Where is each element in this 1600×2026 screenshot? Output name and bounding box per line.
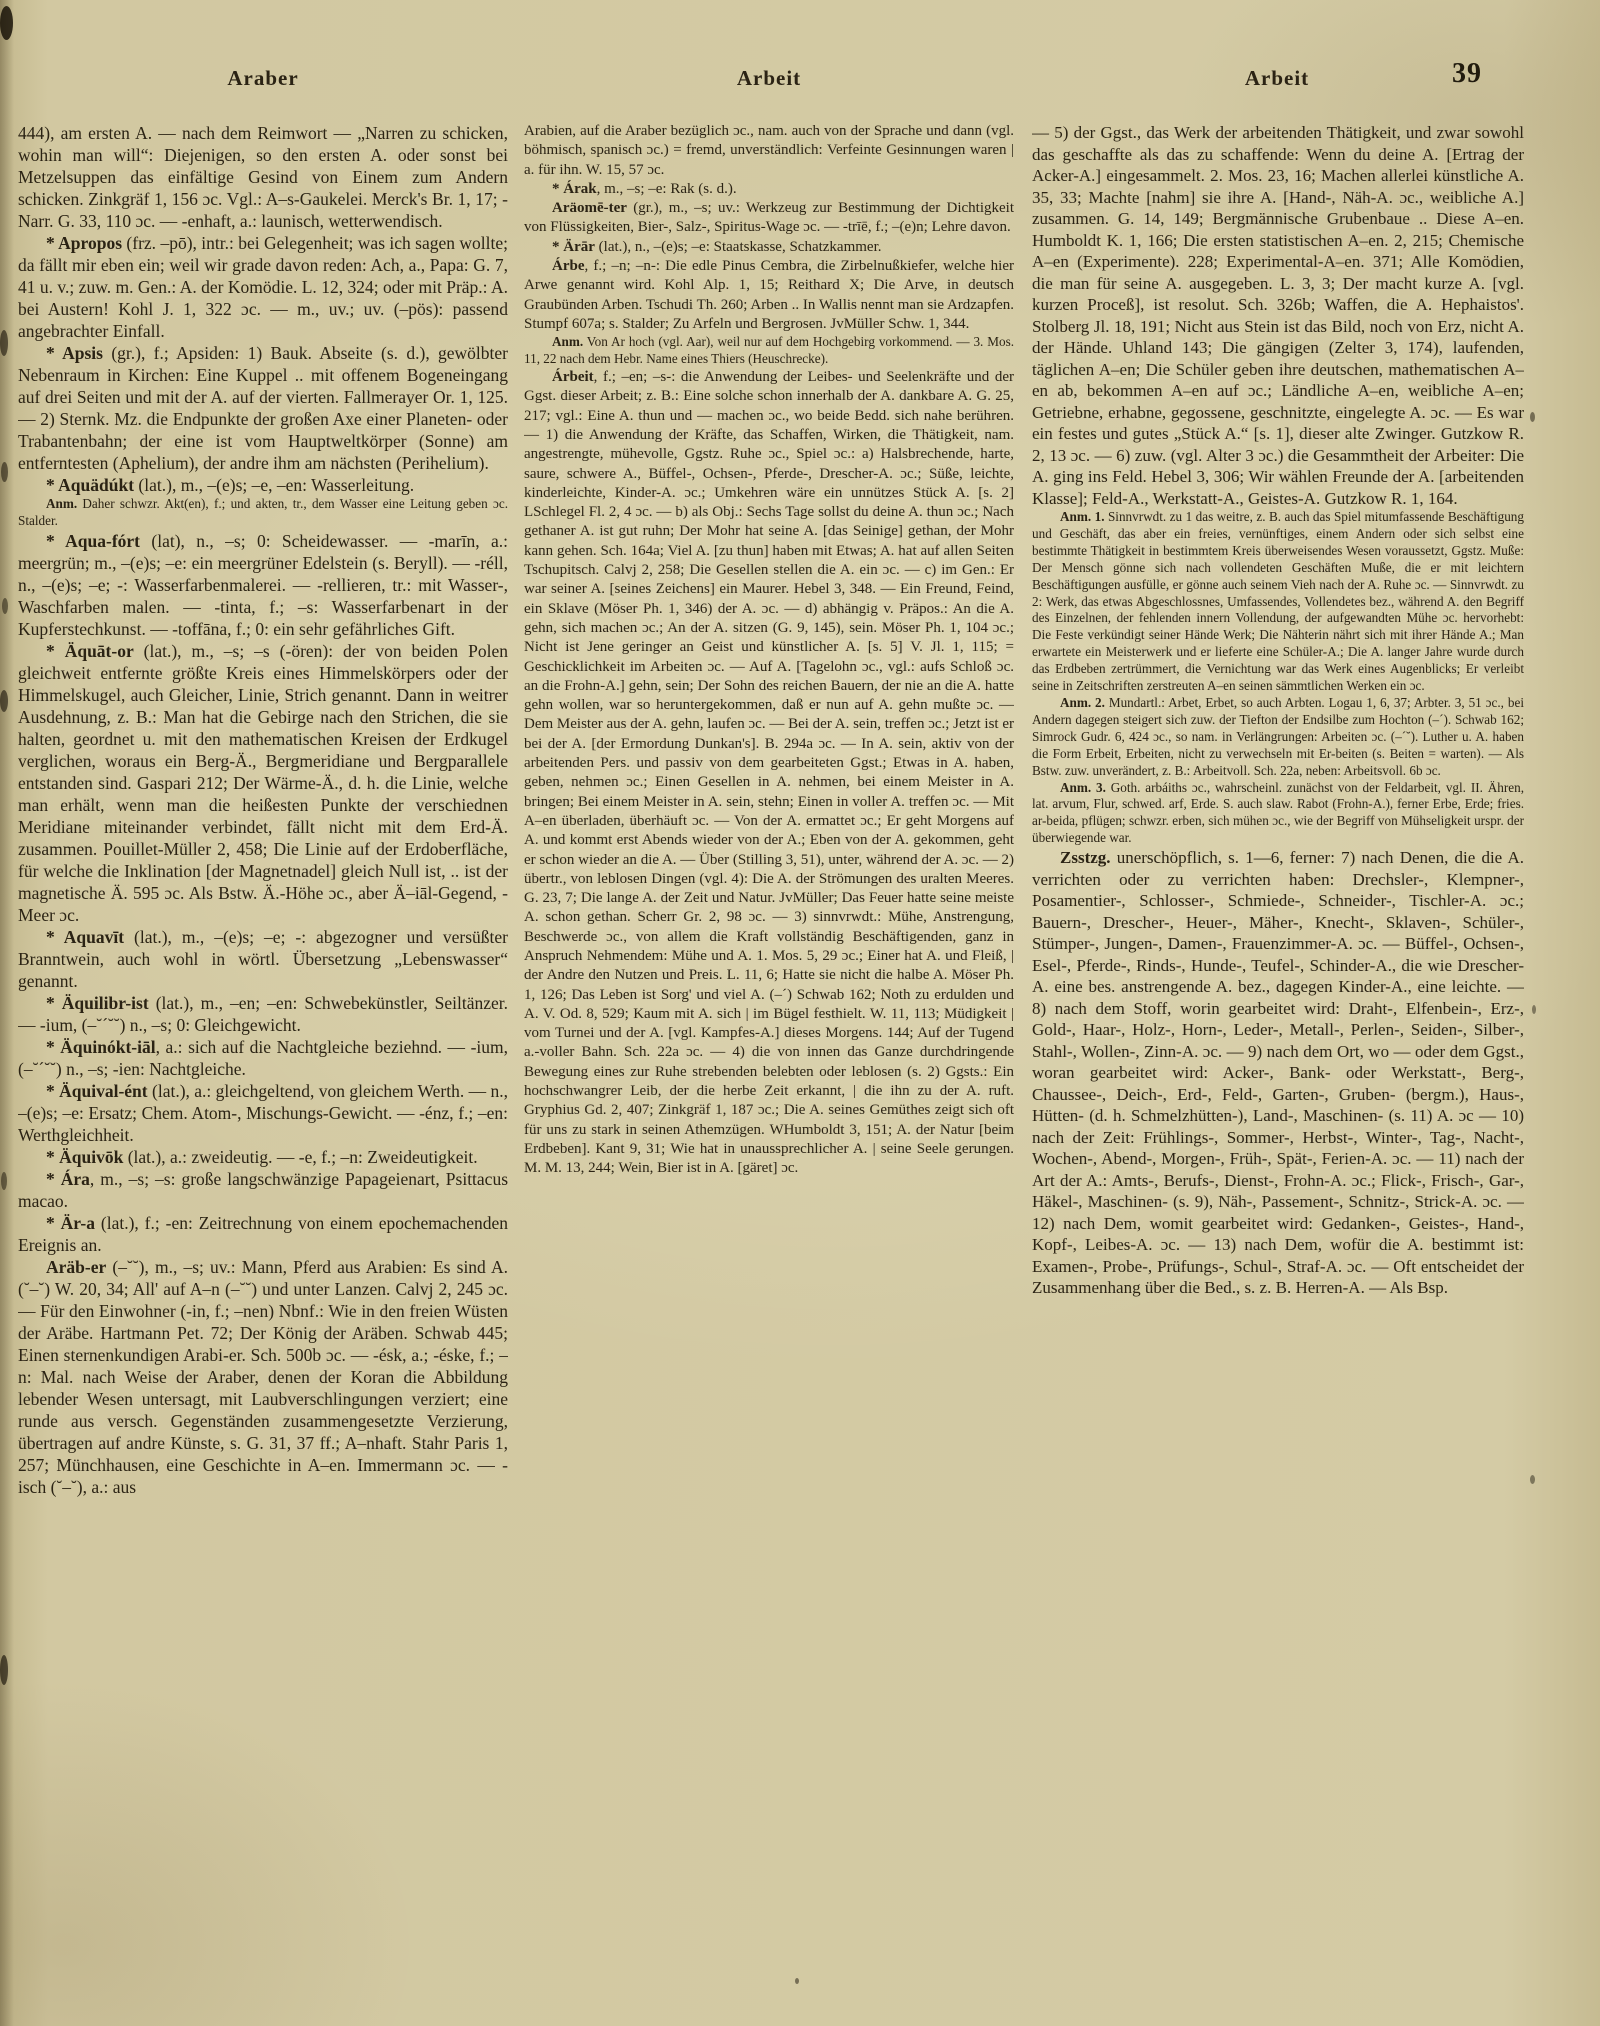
running-head: Araber Arbeit Arbeit 39 xyxy=(0,66,1600,100)
entry-paragraph: * Äquivōk (lat.), a.: zweideutig. — -e, … xyxy=(18,1146,508,1168)
entry-paragraph: * Apsis (gr.), f.; Apsiden: 1) Bauk. Abs… xyxy=(18,342,508,474)
entry-text: Arabien, auf die Araber bezüglich ɔc., n… xyxy=(524,123,1014,178)
headword: * Äquilibr-ist xyxy=(46,993,149,1013)
entry-paragraph: * Äquāt-or (lat.), m., –s; –s (-ören): d… xyxy=(18,640,508,926)
headword: * Äquinókt-iāl xyxy=(46,1037,156,1057)
text-column-1: 444), am ersten A. — nach dem Reimwort —… xyxy=(18,122,508,1894)
headword: * Äquāt-or xyxy=(46,641,134,661)
entry-paragraph: * Är-a (lat.), f.; -en: Zeitrechnung von… xyxy=(18,1212,508,1256)
entry-paragraph: * Ára, m., –s; –s: große langschwänzige … xyxy=(18,1168,508,1212)
entry-paragraph: Árbeit, f.; –en; –s-: die Anwendung der … xyxy=(524,368,1014,1178)
headword: * Är-a xyxy=(46,1213,95,1233)
ink-smudge xyxy=(0,6,13,40)
entry-text: , f.; –n; –n-: Die edle Pinus Cembra, di… xyxy=(524,258,1014,332)
headword: Zsstzg. xyxy=(1060,848,1111,867)
ink-smudge xyxy=(0,330,8,356)
entry-text: Von Ar hoch (vgl. Aar), weil nur auf dem… xyxy=(524,334,1014,366)
entry-paragraph: Árbe, f.; –n; –n-: Die edle Pinus Cembra… xyxy=(524,257,1014,334)
entry-paragraph: * Äquinókt-iāl, a.: sich auf die Nachtgl… xyxy=(18,1036,508,1080)
ink-smudge xyxy=(1,462,8,482)
book-page: Araber Arbeit Arbeit 39 444), am ersten … xyxy=(0,0,1600,2026)
headword: * Apsis xyxy=(46,343,103,363)
entry-paragraph: * Aquädúkt (lat.), m., –(e)s; –e, –en: W… xyxy=(18,474,508,496)
headword: * Apropos xyxy=(46,233,122,253)
entry-paragraph: Zsstzg. unerschöpflich, s. 1—6, ferner: … xyxy=(1032,847,1524,1299)
headword: Anm. xyxy=(46,496,77,511)
entry-paragraph: Aräb-er (–˘˘), m., –s; uv.: Mann, Pferd … xyxy=(18,1256,508,1498)
entry-text: , m., –s; –s: große langschwänzige Papag… xyxy=(18,1169,508,1211)
headword: Anm. 2. xyxy=(1060,695,1105,710)
headword: Aräb-er xyxy=(46,1257,106,1277)
ink-smudge xyxy=(1,1172,7,1190)
entry-text: , f.; –en; –s-: die Anwendung der Leibes… xyxy=(524,369,1014,1176)
headword: Anm. 1. xyxy=(1060,509,1105,524)
entry-text: (lat.), a.: zweideutig. — -e, f.; –n: Zw… xyxy=(123,1147,477,1167)
running-head-center: Arbeit xyxy=(524,66,1014,91)
entry-paragraph: 444), am ersten A. — nach dem Reimwort —… xyxy=(18,122,508,232)
entry-text: Daher schwzr. Akt(en), f.; und akten, tr… xyxy=(18,496,508,528)
entry-text: Goth. arbáiths ɔc., wahrscheinl. zunächs… xyxy=(1032,780,1524,846)
entry-paragraph: Arabien, auf die Araber bezüglich ɔc., n… xyxy=(524,122,1014,180)
entry-text: , m., –s; –e: Rak (s. d.). xyxy=(597,181,737,197)
headword: * Äquival-ént xyxy=(46,1081,148,1101)
entry-text: Sinnvrwdt. zu 1 das weitre, z. B. auch d… xyxy=(1032,509,1524,693)
entry-text: unerschöpflich, s. 1—6, ferner: 7) nach … xyxy=(1032,848,1524,1297)
headword: * Aqua-fórt xyxy=(46,531,140,551)
entry-paragraph: * Aqua-fórt (lat), n., –s; 0: Scheidewas… xyxy=(18,530,508,640)
headword: * Ärār xyxy=(552,239,595,255)
headword: Aräomē-ter xyxy=(552,200,627,216)
entry-text: 444), am ersten A. — nach dem Reimwort —… xyxy=(18,123,508,231)
text-column-2: Arabien, auf die Araber bezüglich ɔc., n… xyxy=(524,122,1014,1894)
note-paragraph: Anm. Daher schwzr. Akt(en), f.; und akte… xyxy=(18,496,508,530)
entry-paragraph: * Ärār (lat.), n., –(e)s; –e: Staatskass… xyxy=(524,238,1014,257)
headword: * Äquivōk xyxy=(46,1147,123,1167)
entry-paragraph: * Árak, m., –s; –e: Rak (s. d.). xyxy=(524,180,1014,199)
entry-text: (lat.), m., –s; –s (-ören): der von beid… xyxy=(18,641,508,925)
entry-text: (lat.), n., –(e)s; –e: Staatskasse, Scha… xyxy=(595,239,882,255)
headword: Árbeit xyxy=(552,369,594,385)
entry-text: (–˘˘), m., –s; uv.: Mann, Pferd aus Arab… xyxy=(18,1257,508,1497)
entry-text: (lat.), m., –(e)s; –e, –en: Wasserleitun… xyxy=(134,475,414,495)
headword: * Aquädúkt xyxy=(46,475,134,495)
entry-paragraph: * Apropos (frz. –pō), intr.: bei Gelegen… xyxy=(18,232,508,342)
note-paragraph: Anm. Von Ar hoch (vgl. Aar), weil nur au… xyxy=(524,334,1014,368)
ink-smudge xyxy=(0,1655,8,1685)
ink-smudge xyxy=(0,690,8,712)
entry-paragraph: * Äquilibr-ist (lat.), m., –en; –en: Sch… xyxy=(18,992,508,1036)
running-head-left: Araber xyxy=(18,66,508,91)
ink-speck xyxy=(1530,1475,1535,1484)
ink-speck xyxy=(795,1978,799,1984)
entry-text: — 5) der Ggst., das Werk der arbeitenden… xyxy=(1032,123,1524,508)
ink-speck xyxy=(1530,412,1535,422)
text-column-3: — 5) der Ggst., das Werk der arbeitenden… xyxy=(1032,122,1524,1894)
headword: * Árak xyxy=(552,181,597,197)
headword: Árbe xyxy=(552,258,585,274)
headword: * Ára xyxy=(46,1169,90,1189)
scan-left-edge-shadow xyxy=(0,0,14,2026)
entry-paragraph: * Äquival-ént (lat.), a.: gleichgeltend,… xyxy=(18,1080,508,1146)
ink-smudge xyxy=(2,598,8,614)
note-paragraph: Anm. 1. Sinnvrwdt. zu 1 das weitre, z. B… xyxy=(1032,509,1524,695)
entry-paragraph: — 5) der Ggst., das Werk der arbeitenden… xyxy=(1032,122,1524,509)
note-paragraph: Anm. 2. Mundartl.: Arbet, Erbet, so auch… xyxy=(1032,695,1524,780)
page-number: 39 xyxy=(1432,58,1502,90)
headword: * Aquavīt xyxy=(46,927,124,947)
entry-paragraph: * Aquavīt (lat.), m., –(e)s; –e; -: abge… xyxy=(18,926,508,992)
headword: Anm. xyxy=(552,334,583,349)
entry-text: Mundartl.: Arbet, Erbet, so auch Arbten.… xyxy=(1032,695,1524,778)
entry-paragraph: Aräomē-ter (gr.), m., –s; uv.: Werkzeug … xyxy=(524,199,1014,238)
note-paragraph: Anm. 3. Goth. arbáiths ɔc., wahrscheinl.… xyxy=(1032,780,1524,848)
headword: Anm. 3. xyxy=(1060,780,1106,795)
ink-speck xyxy=(1532,1005,1536,1014)
